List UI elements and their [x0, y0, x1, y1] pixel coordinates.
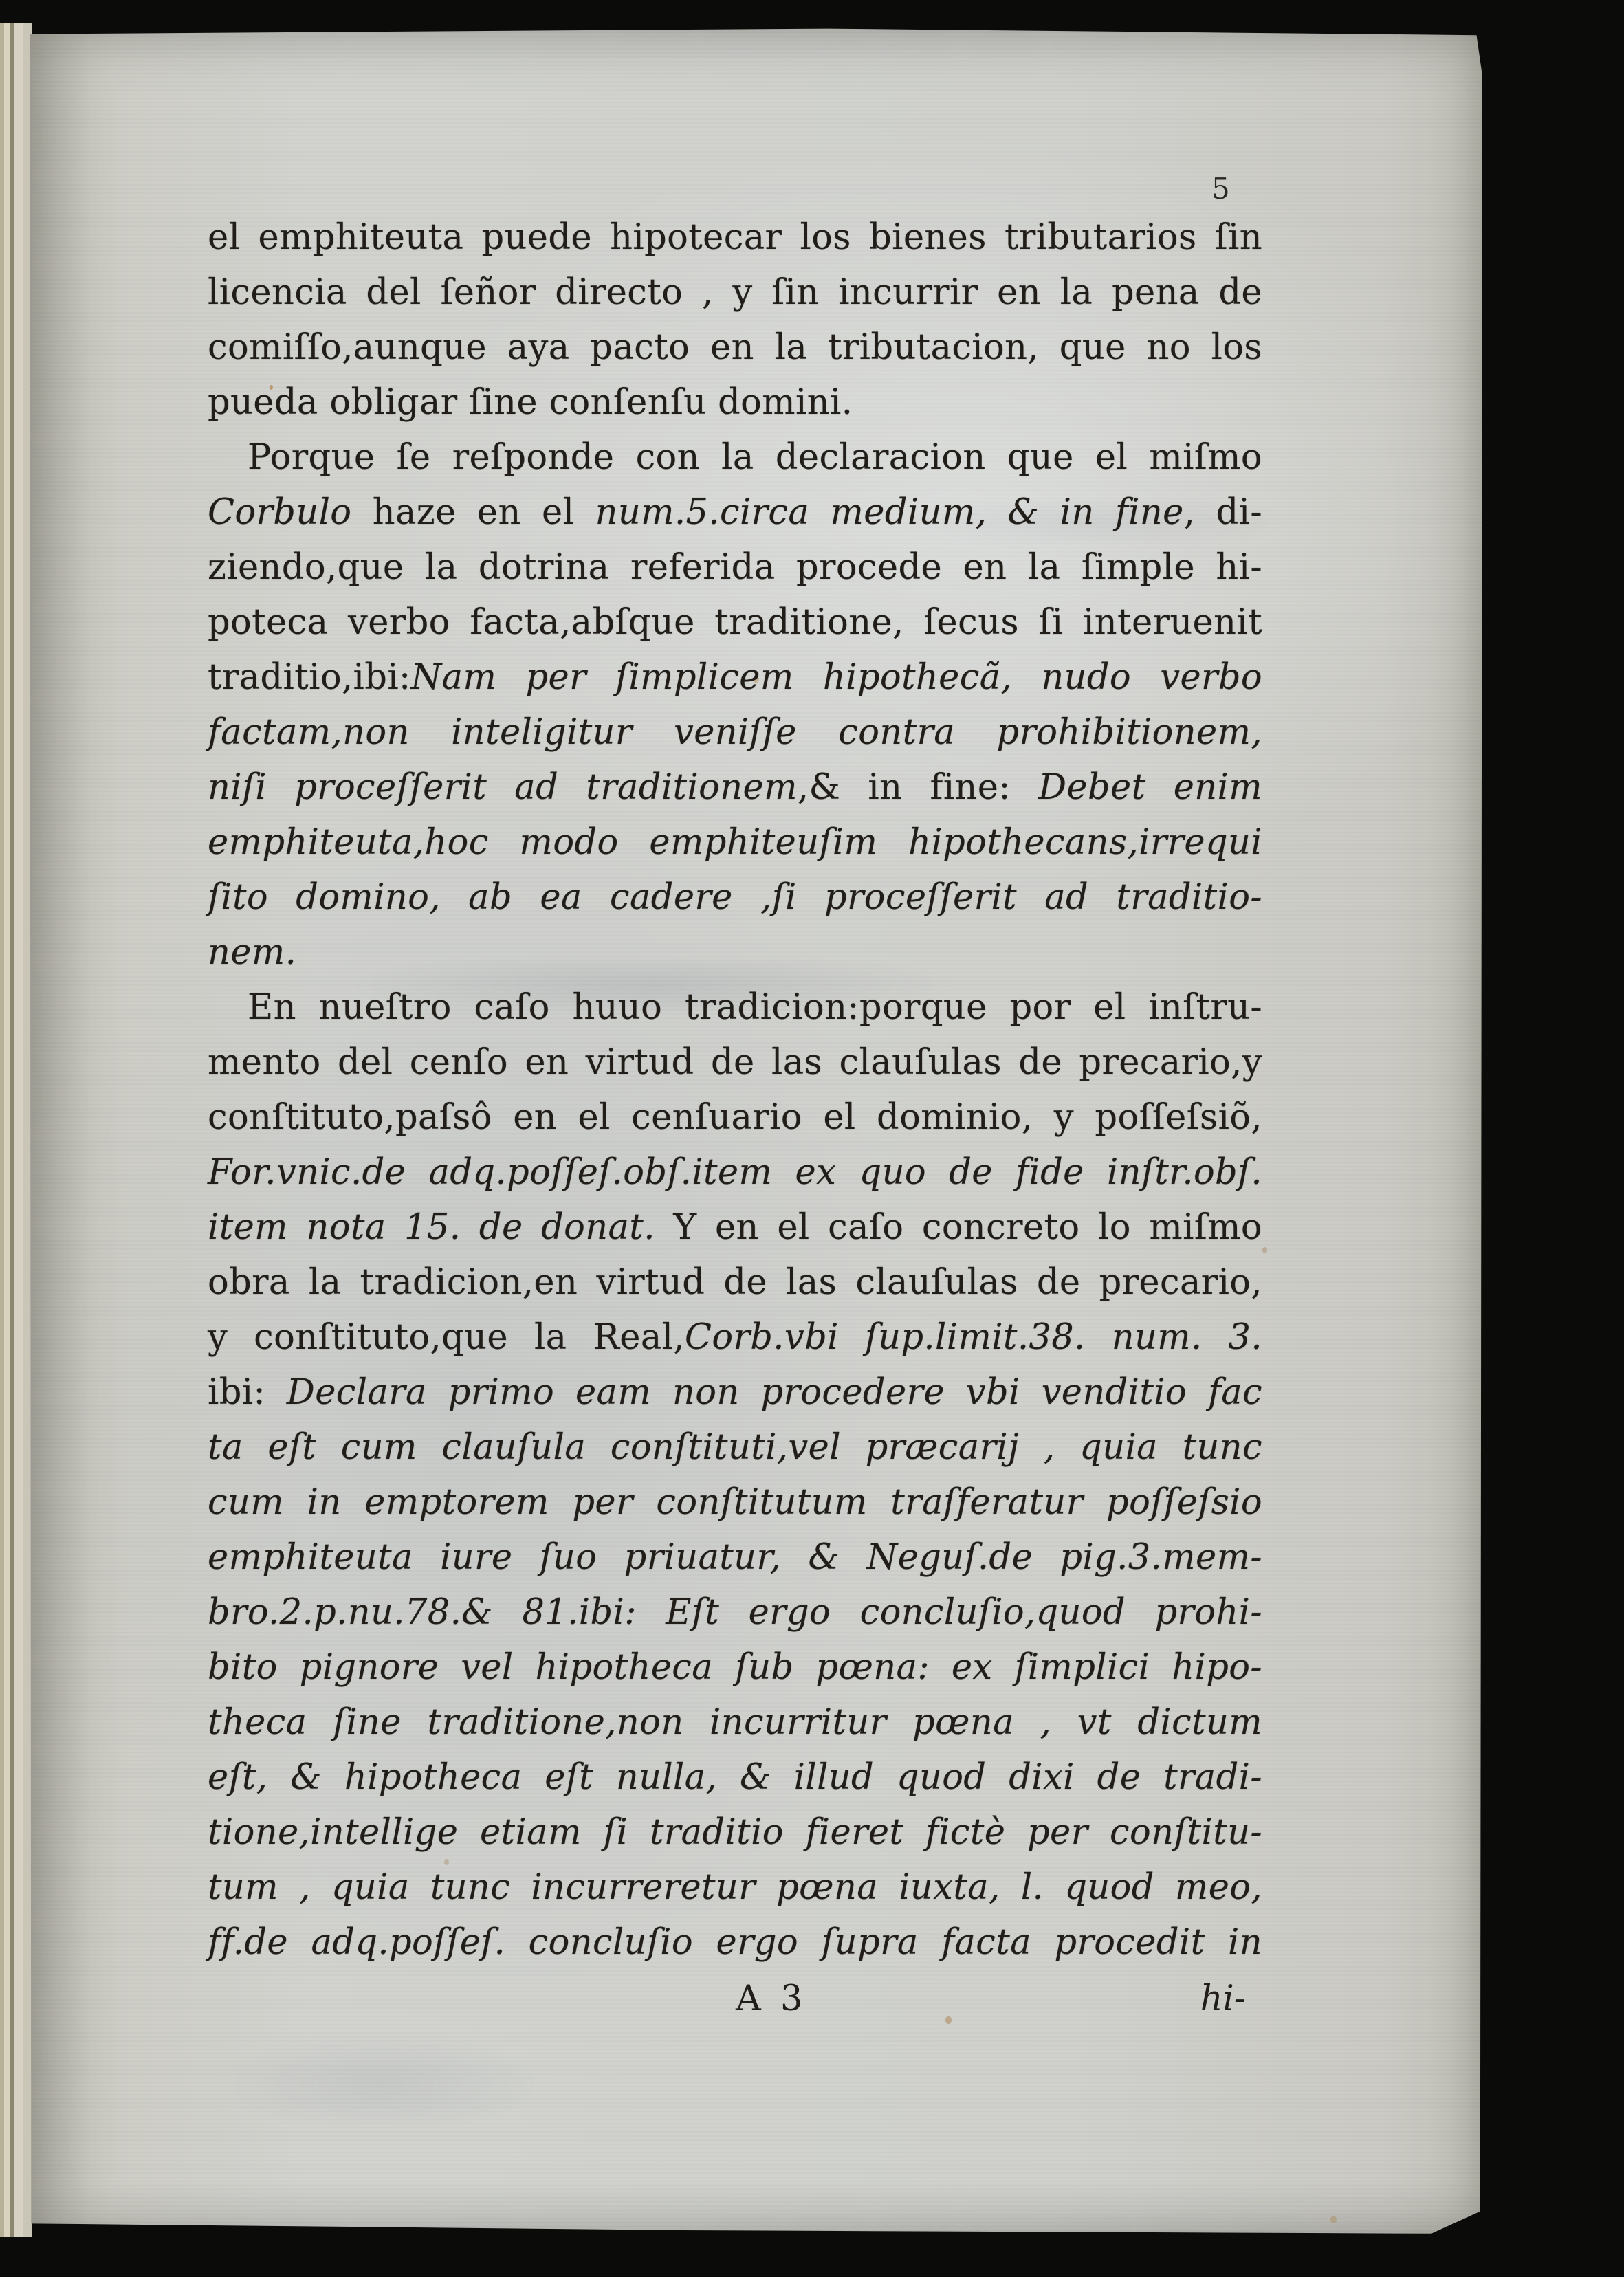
text-line: nem.	[208, 925, 1262, 980]
italic-run: factam,non inteligitur veniſſe contra pr…	[208, 712, 1262, 753]
text-line: niſi proceſſerit ad traditionem,& in fin…	[208, 760, 1262, 815]
text-line: eſt, & hipotheca eſt nulla, & illud quod…	[208, 1750, 1262, 1805]
italic-run: Corb.vbi ſup.limit.38. num. 3.	[685, 1317, 1262, 1358]
roman-run: ziendo,que la dotrina referida procede e…	[208, 547, 1262, 588]
text-line: poteca verbo facta,abſque traditione, ſe…	[208, 595, 1262, 650]
italic-run: niſi proceſſerit ad traditionem	[208, 767, 798, 808]
book-page: 5 el emphiteuta puede hipotecar los bien…	[28, 27, 1482, 2236]
book-scan: 5 el emphiteuta puede hipotecar los bien…	[0, 0, 1624, 2277]
text-line: el emphiteuta puede hipotecar los bienes…	[208, 210, 1262, 265]
italic-run: ta eſt cum clauſula conſtituti,vel præca…	[208, 1427, 1262, 1468]
roman-run: En nueſtro caſo huuo tradicion:porque po…	[248, 987, 1262, 1028]
text-line: cum in emptorem per conſtitutum traſfera…	[208, 1475, 1262, 1530]
text-line: item nota 15. de donat. Y en el caſo con…	[208, 1200, 1262, 1255]
text-line: ziendo,que la dotrina referida procede e…	[208, 540, 1262, 595]
text-line: tione,intellige etiam ſi traditio fieret…	[208, 1805, 1262, 1860]
italic-run: item nota 15. de donat.	[208, 1207, 655, 1248]
text-line: ſito domino, ab ea cadere ,ſi proceſſeri…	[208, 870, 1262, 925]
catchword: hi-	[1200, 1979, 1246, 2019]
italic-run: emphiteuta iure ſuo priuatur, & Neguſ.de…	[208, 1537, 1262, 1578]
italic-run: Nam per ſimplicem hipothecã, nudo verbo	[411, 657, 1262, 698]
italic-run: For.vnic.de adq.poſſeſ.obſ.item ex quo d…	[208, 1152, 1262, 1193]
text-line: bro.2.p.nu.78.& 81.ibi: Eſt ergo concluſ…	[208, 1585, 1262, 1640]
roman-run: ibi:	[208, 1372, 287, 1413]
italic-run: ſito domino, ab ea cadere ,ſi proceſſeri…	[208, 877, 1262, 918]
text-line: Corbulo haze en el num.5.circa medium, &…	[208, 485, 1262, 540]
roman-run: el emphiteuta puede hipotecar los bienes…	[208, 217, 1262, 258]
italic-run: Declara primo eam non procedere vbi vend…	[287, 1372, 1262, 1413]
roman-run: , di-	[1184, 492, 1262, 533]
text-line: ibi: Declara primo eam non procedere vbi…	[208, 1365, 1262, 1420]
roman-run: comiſſo,aunque aya pacto en la tributaci…	[208, 327, 1262, 368]
roman-run: Y en el caſo concreto lo miſmo	[655, 1207, 1262, 1248]
roman-run: ,& in fine:	[798, 767, 1038, 808]
bleedthrough-smudge	[234, 2042, 591, 2124]
gathering-signature: A 3	[736, 1979, 807, 2019]
italic-run: eſt, & hipotheca eſt nulla, & illud quod…	[208, 1757, 1262, 1798]
italic-run: theca ſine traditione,non incurritur pœn…	[208, 1702, 1262, 1743]
text-line: En nueſtro caſo huuo tradicion:porque po…	[208, 980, 1262, 1035]
roman-run: Porque ſe reſponde con la declaracion qu…	[248, 437, 1262, 478]
text-line: conſtituto,paſsô en el cenſuario el domi…	[208, 1090, 1262, 1145]
italic-run: tum , quia tunc incurreretur pœna iuxta,…	[208, 1867, 1262, 1908]
roman-run: haze en el	[351, 492, 595, 533]
italic-run: cum in emptorem per conſtitutum traſfera…	[208, 1482, 1262, 1523]
signature-row: A 3 hi-	[208, 1979, 1262, 2040]
text-line: ta eſt cum clauſula conſtituti,vel præca…	[208, 1420, 1262, 1475]
roman-run: pueda obligar ſine conſenſu domini.	[208, 382, 853, 423]
text-line: emphiteuta,hoc modo emphiteuſim hipothec…	[208, 815, 1262, 870]
roman-run: conſtituto,paſsô en el cenſuario el domi…	[208, 1097, 1262, 1138]
text-line: traditio,ibi:Nam per ſimplicem hipothecã…	[208, 650, 1262, 705]
roman-run: y conſtituto,que la Real,	[208, 1317, 685, 1358]
text-line: factam,non inteligitur veniſſe contra pr…	[208, 705, 1262, 760]
text-line: y conſtituto,que la Real,Corb.vbi ſup.li…	[208, 1310, 1262, 1365]
page-edge-strip	[0, 23, 32, 2237]
italic-run: tione,intellige etiam ſi traditio fieret…	[208, 1812, 1262, 1853]
roman-run: obra la tradicion,en virtud de las clauſ…	[208, 1262, 1262, 1303]
italic-run: Debet enim	[1038, 767, 1262, 808]
text-line: bito pignore vel hipotheca ſub pœna: ex …	[208, 1640, 1262, 1695]
italic-run: ff.de adq.poſſeſ. concluſio ergo ſupra f…	[208, 1922, 1262, 1963]
text-line: For.vnic.de adq.poſſeſ.obſ.item ex quo d…	[208, 1145, 1262, 1200]
text-line: Porque ſe reſponde con la declaracion qu…	[208, 430, 1262, 485]
text-line: emphiteuta iure ſuo priuatur, & Neguſ.de…	[208, 1530, 1262, 1585]
text-line: obra la tradicion,en virtud de las clauſ…	[208, 1255, 1262, 1310]
text-line: theca ſine traditione,non incurritur pœn…	[208, 1695, 1262, 1750]
italic-run: bro.2.p.nu.78.& 81.ibi: Eſt ergo concluſ…	[208, 1592, 1262, 1633]
text-line: pueda obligar ſine conſenſu domini.	[208, 375, 1262, 430]
text-block: el emphiteuta puede hipotecar los bienes…	[208, 210, 1262, 1970]
roman-run: poteca verbo facta,abſque traditione, ſe…	[208, 602, 1262, 643]
italic-run: emphiteuta,hoc modo emphiteuſim hipothec…	[208, 822, 1262, 863]
page-number: 5	[1211, 172, 1230, 206]
italic-run: nem.	[208, 932, 296, 973]
roman-run: licencia del ſeñor directo , y ſin incur…	[208, 272, 1262, 313]
text-line: comiſſo,aunque aya pacto en la tributaci…	[208, 320, 1262, 375]
roman-run: mento del cenſo en virtud de las clauſul…	[208, 1042, 1262, 1083]
text-line: mento del cenſo en virtud de las clauſul…	[208, 1035, 1262, 1090]
text-line: tum , quia tunc incurreretur pœna iuxta,…	[208, 1860, 1262, 1915]
text-line: ff.de adq.poſſeſ. concluſio ergo ſupra f…	[208, 1915, 1262, 1970]
italic-run: num.5.circa medium, & in fine	[595, 492, 1184, 533]
italic-run: Corbulo	[208, 492, 351, 533]
text-line: licencia del ſeñor directo , y ſin incur…	[208, 265, 1262, 320]
italic-run: bito pignore vel hipotheca ſub pœna: ex …	[208, 1647, 1262, 1688]
roman-run: traditio,ibi:	[208, 657, 411, 698]
